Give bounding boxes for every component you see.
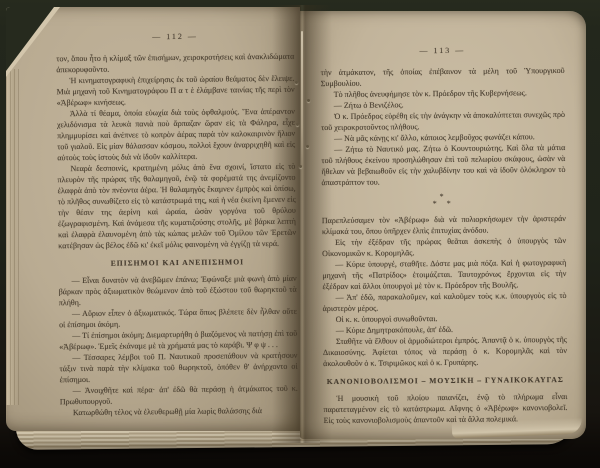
asterism-separator: * * * bbox=[322, 192, 566, 208]
stitch-dot bbox=[299, 165, 302, 168]
paragraph: Εἰς τὴν ἐξέδραν τῆς πρώρας θεᾶται ἀσκεπὴ… bbox=[322, 235, 566, 259]
stitch-dot bbox=[307, 99, 310, 102]
binding-thread bbox=[301, 31, 303, 169]
dialogue-line: — Ἀνοιχθῆτε καὶ πέρα· ἀπ' ἐδῶ θὰ περάσῃ … bbox=[60, 383, 298, 407]
paragraph: Παρεπλεύσαμεν τὸν «Ἀβέρωφ» διὰ νὰ πολιορ… bbox=[322, 213, 566, 237]
dialogue-line: — Κύριε ὑπουργέ, σταθῆτε. Δόστε μας μιὰ … bbox=[322, 257, 566, 292]
paragraph: Σταθῆτε νὰ ἔλθουν οἱ ἁρμοδιώτεροι ἐμπρός… bbox=[323, 334, 567, 369]
dialogue-line: — Ζήτω τὸ Ναυτικό μας. Ζήτω ὁ Κουντουριώ… bbox=[321, 142, 565, 188]
page-corner-curl bbox=[452, 418, 582, 439]
stitch-dot bbox=[295, 81, 298, 84]
dialogue-line: — Ἀπ' ἐδῶ, παρακαλοῦμεν, καὶ καλοῦμεν το… bbox=[322, 290, 566, 314]
photo-background: — 112 — τον, ὅπου ἦτο ἡ κλίμαξ τῶν ἐπισή… bbox=[0, 0, 600, 468]
paragraph: Νεαρὰ δεσποινίς, κρατημένη μόλις ἀπὸ ἕνα… bbox=[57, 161, 296, 251]
dialogue-line: — Τέσσαρες λέμβοι τοῦ Π. Ναυτικοῦ προσεπ… bbox=[59, 350, 297, 385]
paragraph: Ἀλλὰ τί θέαμα, ὁποία εὐωχία διὰ τοὺς ὀφθ… bbox=[57, 106, 296, 163]
page-number-left: — 112 — bbox=[56, 30, 294, 43]
paragraph: Ἡ κινηματογραφικὴ ἐπιχείρησις ἐκ τοῦ ὡρα… bbox=[56, 73, 294, 108]
dialogue-line: — Τί ἐπίσημοι ἀκόμη; Διεμαρτυρήθη ὁ βιαζ… bbox=[59, 328, 297, 352]
open-book: — 112 — τον, ὅπου ἦτο ἡ κλίμαξ τῶν ἐπισή… bbox=[4, 5, 590, 453]
dialogue-line: — Εἶναι δυνατὸν νὰ ἀνεβῶμεν ἐπάνω; Ἐφώνα… bbox=[59, 273, 297, 308]
page-edge-lines bbox=[6, 69, 19, 405]
section-heading-cannons: ΚΑΝΟΝΙΟΒΟΛΙΣΜΟΙ – ΜΟΥΣΙΚΗ – ΓΥΝΑΙΚΟΚΑΥΓΑ… bbox=[323, 374, 567, 387]
page-left-content: — 112 — τον, ὅπου ἦτο ἡ κλίμαξ τῶν ἐπισή… bbox=[56, 30, 298, 418]
asterism-bottom: * * bbox=[322, 199, 566, 208]
stitch-dot bbox=[296, 123, 299, 126]
page-number-right: — 113 — bbox=[320, 44, 564, 57]
page-edges-left bbox=[6, 69, 19, 405]
stitch-dot bbox=[306, 145, 309, 148]
paragraph: τὴν ἀτμάκατον, τῆς ὁποίας ἐπέβαινον τὰ μ… bbox=[321, 65, 565, 89]
paragraph: τον, ὅπου ἦτο ἡ κλίμαξ τῶν ἐπισήμων, χει… bbox=[56, 51, 294, 75]
book-page-left: — 112 — τον, ὅπου ἦτο ἡ κλίμαξ τῶν ἐπισή… bbox=[6, 7, 300, 431]
page-right-content: — 113 — τὴν ἀτμάκατον, τῆς ὁποίας ἐπέβαι… bbox=[320, 44, 567, 426]
dialogue-line: — Αὔριον εἶπεν ὁ ἀξιωματικός. Τώρα ὅπως … bbox=[59, 306, 297, 330]
paragraph: Ὁ κ. Πρόεδρος εὑρέθη εἰς τὴν ἀνάγκην νὰ … bbox=[321, 109, 565, 133]
page-corner-cut bbox=[6, 7, 54, 71]
book-page-right: — 113 — τὴν ἀτμάκατον, τῆς ὁποίας ἐπέβαι… bbox=[300, 11, 586, 439]
paragraph: Κατωρθώθη τέλος νὰ ἐλευθερωθῇ μία λωρὶς … bbox=[60, 405, 298, 418]
section-heading-officials: ΕΠΙΣΗΜΟΙ ΚΑΙ ΑΝΕΠΙΣΗΜΟΙ bbox=[58, 256, 296, 269]
